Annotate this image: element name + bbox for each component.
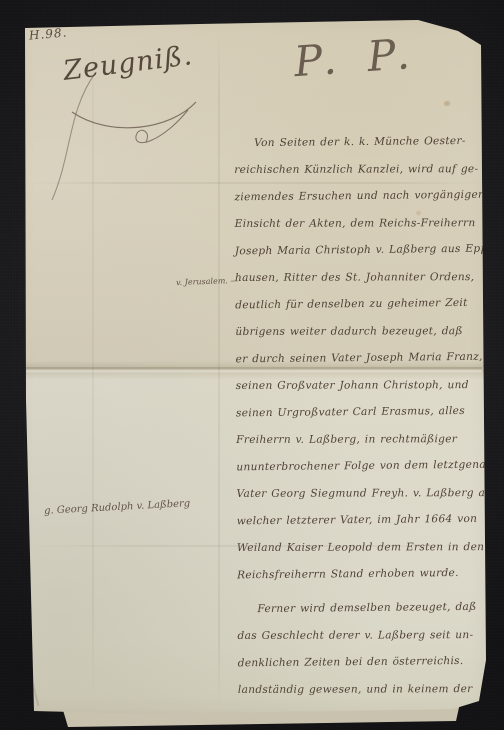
margin-note-jerusalem: v. Jerusalem. — [176,276,239,287]
salutation-pp: P. P. [292,29,420,87]
photo-background: H.98. 312 ½ Zeugniß. P. P. v. Jerusalem.… [0,0,504,730]
text-line: Freiherrn v. Laßberg, in rechtmäßiger [236,426,490,454]
text-line: Vater Georg Siegmund Freyh. v. Laßberg a… [236,480,490,508]
text-line: Einsicht der Akten, dem Reichs-Freiherrn [235,210,489,238]
text-line: übrigens weiter dadurch bezeuget, daß [235,318,489,346]
manuscript-page: H.98. 312 ½ Zeugniß. P. P. v. Jerusalem.… [0,0,504,730]
folio-number: H.98. [28,25,67,42]
paragraph: Ferner wird demselben bezeuget, daßdas G… [237,594,492,704]
text-line: landständig gewesen, und in keinem der [238,676,492,704]
text-line: seinen Urgroßvater Carl Erasmus, alles [236,398,490,428]
text-line: Weiland Kaiser Leopold dem Ersten in den [237,534,491,562]
text-line: welcher letzterer Vater, im Jahr 1664 vo… [237,506,491,536]
document-title: Zeugniß. [59,40,198,87]
text-line: Reichsfreiherrn Stand erhoben wurde. [237,560,491,590]
margin-note-georg-rudolph: g. Georg Rudolph v. Laßberg [44,498,191,517]
paragraph: Von Seiten der k. k. Münche Oester-reich… [234,128,491,589]
text-line: ununterbrochener Folge von dem letztgena… [236,452,490,482]
fold-crease-vertical [218,32,220,708]
text-line: er durch seinen Vater Joseph Maria Franz… [235,344,489,374]
fold-crease-vertical [92,32,94,708]
text-line: reichischen Künzlich Kanzlei, wird auf g… [234,156,488,184]
text-line: ziemendes Ersuchen und nach vorgängiger [234,182,488,212]
text-line: Von Seiten der k. k. Münche Oester- [234,128,488,158]
text-line: Joseph Maria Christoph v. Laßberg aus Ep… [235,236,489,266]
text-line: denklichen Zeiten bei den österreichis. [238,648,492,678]
text-line: Ferner wird demselben bezeuget, daß [237,594,491,624]
pencil-archive-note: 312 ½ [332,11,363,21]
text-line: hausen, Ritter des St. Johanniter Ordens… [235,264,489,292]
text-line: das Geschlecht derer v. Laßberg seit un- [237,622,491,650]
letter-body: Von Seiten der k. k. Münche Oester-reich… [234,128,492,704]
text-line: seinen Großvater Johann Christoph, und [236,372,490,400]
ink-stain [444,101,450,106]
text-line: deutlich für denselben zu geheimer Zeit [235,290,489,320]
corner-crease [23,646,40,707]
